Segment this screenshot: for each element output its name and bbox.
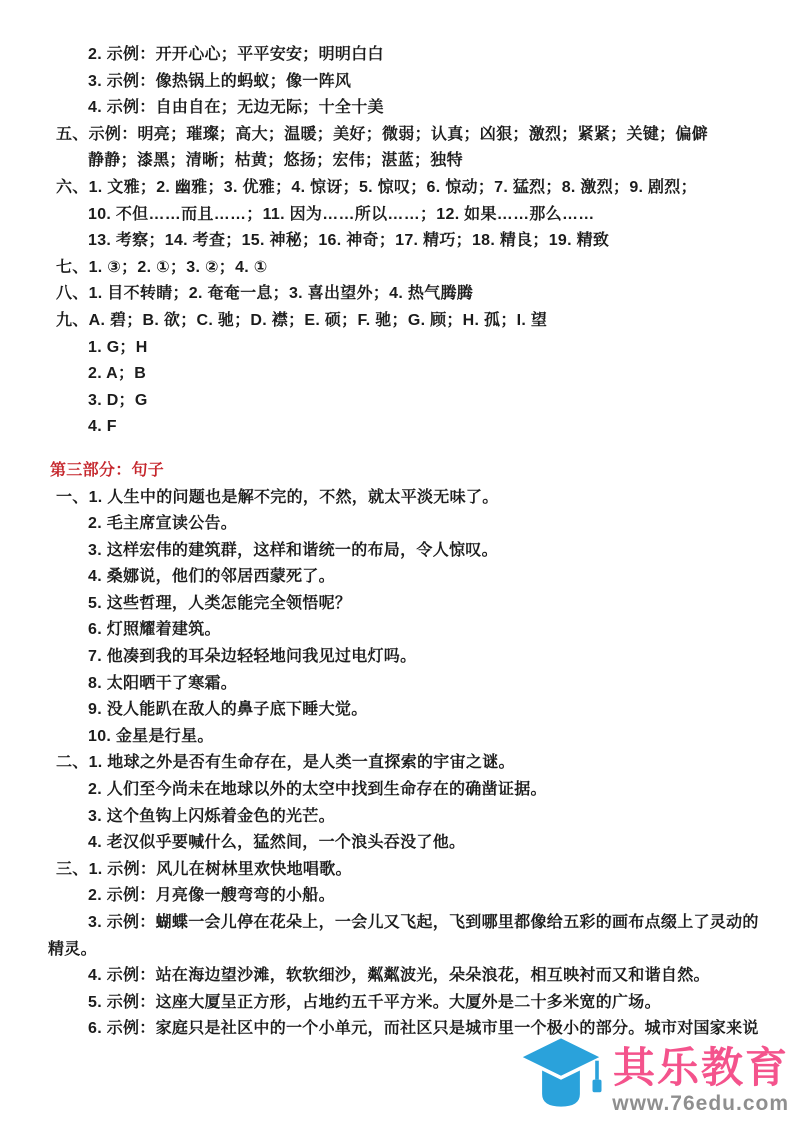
text-line: 7. 他凑到我的耳朵边轻轻地问我见过电灯吗。 — [88, 644, 773, 671]
text-line: 二、1. 地球之外是否有生命存在，是人类一直探索的宇宙之谜。 — [56, 750, 773, 777]
brand-name: 其乐教育 — [613, 1046, 789, 1090]
text-line: 13. 考察；14. 考查；15. 神秘；16. 神奇；17. 精巧；18. 精… — [88, 228, 773, 255]
text-line: 5. 示例：这座大厦呈正方形，占地约五千平方米。大厦外是二十多米宽的广场。 — [88, 990, 773, 1017]
graduation-cap-icon — [516, 1032, 606, 1120]
text-line: 2. A；B — [88, 361, 773, 388]
text-line: 九、A. 碧；B. 欲；C. 驰；D. 襟；E. 硕；F. 驰；G. 顾；H. … — [56, 308, 773, 335]
text-line: 2. 人们至今尚未在地球以外的太空中找到生命存在的确凿证据。 — [88, 777, 773, 804]
text-line: 3. D；G — [88, 388, 773, 415]
section-heading: 第三部分：句子 — [50, 458, 773, 485]
text-line: 9. 没人能趴在敌人的鼻子底下睡大觉。 — [88, 697, 773, 724]
text-line: 2. 毛主席宣读公告。 — [88, 511, 773, 538]
text-line: 八、1. 目不转睛；2. 奄奄一息；3. 喜出望外；4. 热气腾腾 — [56, 281, 773, 308]
text-line: 8. 太阳晒干了寒霜。 — [88, 671, 773, 698]
text-line: 4. 示例：站在海边望沙滩，软软细沙，粼粼波光，朵朵浪花，相互映衬而又和谐自然。 — [88, 963, 773, 990]
text-line: 4. 老汉似乎要喊什么，猛然间，一个浪头吞没了他。 — [88, 830, 773, 857]
text-line: 6. 灯照耀着建筑。 — [88, 617, 773, 644]
text-line: 4. 桑娜说，他们的邻居西蒙死了。 — [88, 564, 773, 591]
text-line: 五、示例：明亮；璀璨；高大；温暖；美好；微弱；认真；凶狠；激烈；紧紧；关键；偏僻 — [56, 122, 773, 149]
text-line: 10. 金星是行星。 — [88, 724, 773, 751]
text-line: 三、1. 示例：风儿在树林里欢快地唱歌。 — [56, 857, 773, 884]
text-line: 3. 这样宏伟的建筑群，这样和谐统一的布局，令人惊叹。 — [88, 538, 773, 565]
answer-document: 2. 示例：开开心心；平平安安；明明白白3. 示例：像热锅上的蚂蚁；像一阵风4.… — [48, 42, 773, 1043]
text-line: 七、1. ③；2. ①；3. ②；4. ① — [56, 255, 773, 282]
document-body: 2. 示例：开开心心；平平安安；明明白白3. 示例：像热锅上的蚂蚁；像一阵风4.… — [48, 42, 773, 1043]
site-logo: 其乐教育 www.76edu.com — [516, 1032, 789, 1120]
text-line: 4. 示例：自由自在；无边无际；十全十美 — [88, 95, 773, 122]
text-line: 1. G；H — [88, 335, 773, 362]
text-line: 2. 示例：月亮像一艘弯弯的小船。 — [88, 883, 773, 910]
text-line: 2. 示例：开开心心；平平安安；明明白白 — [88, 42, 773, 69]
text-line: 精灵。 — [48, 937, 773, 964]
text-line: 5. 这些哲理，人类怎能完全领悟呢？ — [88, 591, 773, 618]
text-line: 3. 示例：蝴蝶一会儿停在花朵上，一会儿又飞起，飞到哪里都像给五彩的画布点缀上了… — [88, 910, 773, 937]
text-line: 六、1. 文雅；2. 幽雅；3. 优雅；4. 惊讶；5. 惊叹；6. 惊动；7.… — [56, 175, 773, 202]
text-line: 静静；漆黑；清晰；枯黄；悠扬；宏伟；湛蓝；独特 — [88, 148, 773, 175]
site-url: www.76edu.com — [612, 1092, 789, 1116]
text-line: 3. 示例：像热锅上的蚂蚁；像一阵风 — [88, 69, 773, 96]
text-line: 3. 这个鱼钩上闪烁着金色的光芒。 — [88, 804, 773, 831]
text-line: 10. 不但……而且……；11. 因为……所以……；12. 如果……那么…… — [88, 202, 773, 229]
text-line: 4. F — [88, 414, 773, 441]
text-line: 一、1. 人生中的问题也是解不完的，不然，就太平淡无味了。 — [56, 485, 773, 512]
